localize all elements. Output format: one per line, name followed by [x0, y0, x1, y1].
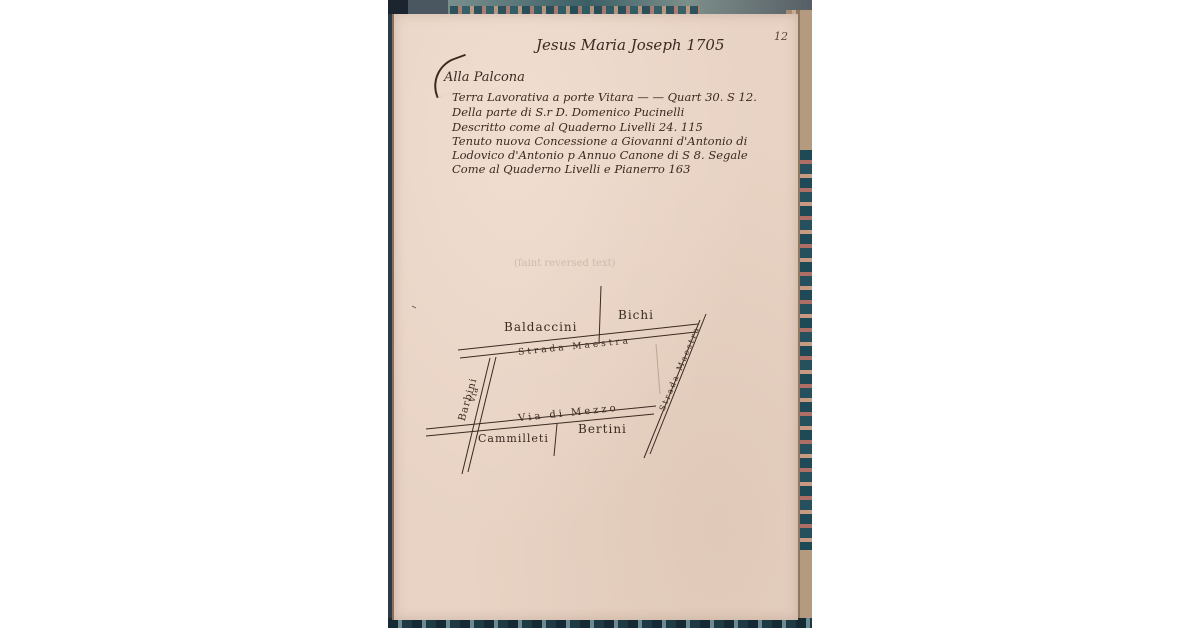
parcel-label-bertini: Bertini — [578, 422, 627, 436]
parcel-label-bichi: Bichi — [618, 308, 654, 322]
image-viewer: Jesus Maria Joseph 1705 12 Alla Palcona … — [0, 0, 1200, 628]
property-map — [394, 14, 798, 620]
parcel-label-baldaccini: Baldaccini — [504, 320, 578, 334]
marbled-paper-right — [800, 150, 812, 550]
parcel-boundary — [599, 286, 601, 344]
parcel-label-cammilleti: Cammilleti — [478, 432, 549, 445]
parcel-boundary — [554, 424, 557, 456]
manuscript-page: Jesus Maria Joseph 1705 12 Alla Palcona … — [392, 14, 798, 620]
